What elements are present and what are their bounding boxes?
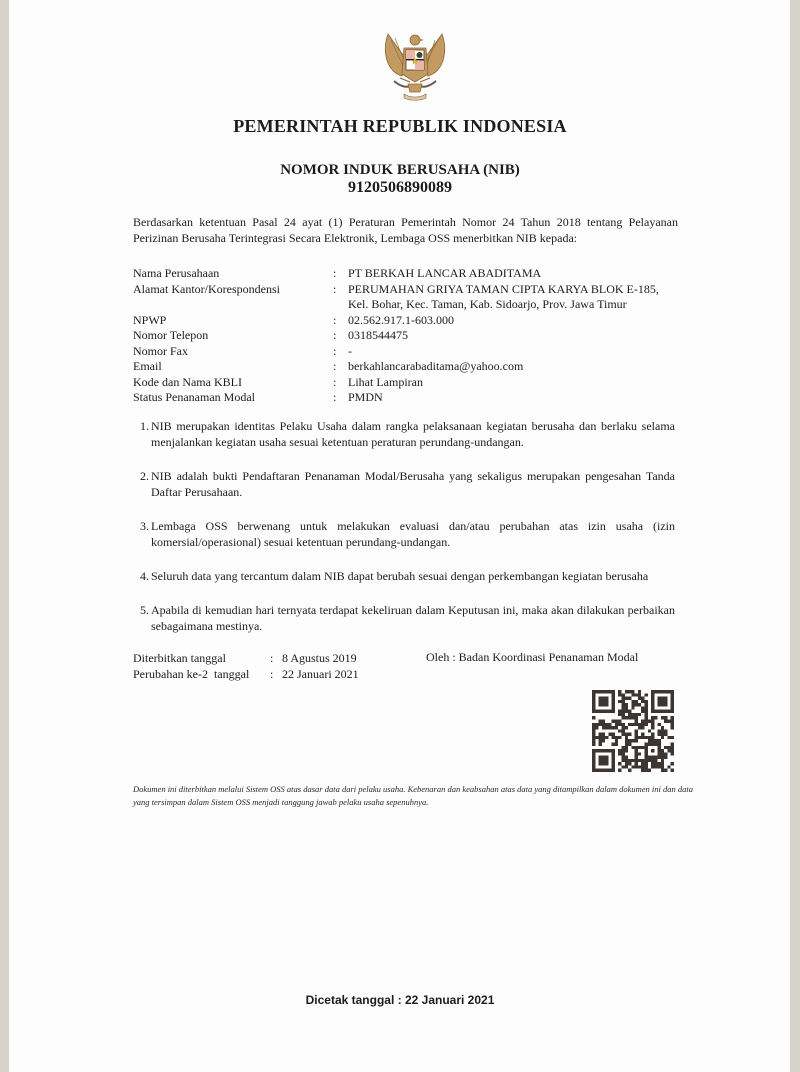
- field-value-line2: Kel. Bohar, Kec. Taman, Kab. Sidoarjo, P…: [348, 297, 708, 313]
- field-label: NPWP: [133, 313, 333, 329]
- field-value: 02.562.917.1-603.000: [348, 313, 708, 329]
- field-separator: :: [333, 328, 348, 344]
- note-item: 4. Seluruh data yang tercantum dalam NIB…: [140, 568, 675, 584]
- note-item: 3. Lembaga OSS berwenang untuk melakukan…: [140, 518, 675, 550]
- revision-date: 22 Januari 2021: [282, 666, 437, 682]
- note-number: 5.: [140, 602, 151, 634]
- document-title: NOMOR INDUK BERUSAHA (NIB): [0, 162, 800, 179]
- note-item: 5. Apabila di kemudian hari ternyata ter…: [140, 602, 675, 634]
- field-label: Nomor Telepon: [133, 328, 333, 344]
- field-label: Status Penanaman Modal: [133, 390, 333, 406]
- qr-code-icon: [592, 690, 674, 772]
- field-row-investment-status: Status Penanaman Modal : PMDN: [133, 390, 708, 406]
- field-row-fax: Nomor Fax : -: [133, 344, 708, 360]
- printed-date: Dicetak tanggal : 22 Januari 2021: [0, 993, 800, 1007]
- revision-separator: :: [270, 666, 282, 682]
- notes-list: 1. NIB merupakan identitas Pelaku Usaha …: [140, 418, 675, 652]
- field-row-company-name: Nama Perusahaan : PT BERKAH LANCAR ABADI…: [133, 266, 708, 282]
- note-text: NIB merupakan identitas Pelaku Usaha dal…: [151, 418, 675, 450]
- note-number: 2.: [140, 468, 151, 500]
- note-number: 1.: [140, 418, 151, 450]
- field-value: berkahlancarabaditama@yahoo.com: [348, 359, 708, 375]
- note-item: 1. NIB merupakan identitas Pelaku Usaha …: [140, 418, 675, 450]
- revision-date-row: Perubahan ke-2 tanggal : 22 Januari 2021: [133, 666, 437, 682]
- field-label: Nama Perusahaan: [133, 266, 333, 282]
- issued-date-row: Diterbitkan tanggal : 8 Agustus 2019: [133, 650, 437, 666]
- issued-separator: :: [270, 650, 282, 666]
- field-label: Alamat Kantor/Korespondensi: [133, 282, 333, 313]
- field-value: PMDN: [348, 390, 708, 406]
- disclaimer: Dokumen ini diterbitkan melalui Sistem O…: [133, 783, 693, 809]
- note-text: Lembaga OSS berwenang untuk melakukan ev…: [151, 518, 675, 550]
- revision-label: Perubahan ke-2 tanggal: [133, 666, 270, 682]
- field-value: PT BERKAH LANCAR ABADITAMA: [348, 266, 708, 282]
- field-label: Email: [133, 359, 333, 375]
- issued-date: 8 Agustus 2019: [282, 650, 437, 666]
- issuance-dates: Diterbitkan tanggal : 8 Agustus 2019 Per…: [133, 650, 437, 682]
- field-value: -: [348, 344, 708, 360]
- issuer: Oleh : Badan Koordinasi Penanaman Modal: [426, 650, 638, 665]
- field-row-npwp: NPWP : 02.562.917.1-603.000: [133, 313, 708, 329]
- note-number: 3.: [140, 518, 151, 550]
- field-value: Lihat Lampiran: [348, 375, 708, 391]
- field-separator: :: [333, 266, 348, 282]
- company-details: Nama Perusahaan : PT BERKAH LANCAR ABADI…: [133, 266, 708, 406]
- field-label: Kode dan Nama KBLI: [133, 375, 333, 391]
- field-label: Nomor Fax: [133, 344, 333, 360]
- field-separator: :: [333, 390, 348, 406]
- garuda-emblem-icon: [380, 26, 450, 106]
- field-separator: :: [333, 282, 348, 313]
- issued-label: Diterbitkan tanggal: [133, 650, 270, 666]
- field-separator: :: [333, 375, 348, 391]
- government-title: PEMERINTAH REPUBLIK INDONESIA: [0, 116, 800, 137]
- note-text: NIB adalah bukti Pendaftaran Penanaman M…: [151, 468, 675, 500]
- field-row-kbli: Kode dan Nama KBLI : Lihat Lampiran: [133, 375, 708, 391]
- field-separator: :: [333, 313, 348, 329]
- note-text: Seluruh data yang tercantum dalam NIB da…: [151, 568, 675, 584]
- note-number: 4.: [140, 568, 151, 584]
- intro-paragraph: Berdasarkan ketentuan Pasal 24 ayat (1) …: [133, 214, 678, 246]
- field-row-address: Alamat Kantor/Korespondensi : PERUMAHAN …: [133, 282, 708, 313]
- field-row-phone: Nomor Telepon : 0318544475: [133, 328, 708, 344]
- field-row-email: Email : berkahlancarabaditama@yahoo.com: [133, 359, 708, 375]
- note-text: Apabila di kemudian hari ternyata terdap…: [151, 602, 675, 634]
- field-separator: :: [333, 344, 348, 360]
- field-value: PERUMAHAN GRIYA TAMAN CIPTA KARYA BLOK E…: [348, 282, 708, 298]
- nib-number: 9120506890089: [0, 179, 800, 197]
- note-item: 2. NIB adalah bukti Pendaftaran Penanama…: [140, 468, 675, 500]
- field-value: 0318544475: [348, 328, 708, 344]
- field-separator: :: [333, 359, 348, 375]
